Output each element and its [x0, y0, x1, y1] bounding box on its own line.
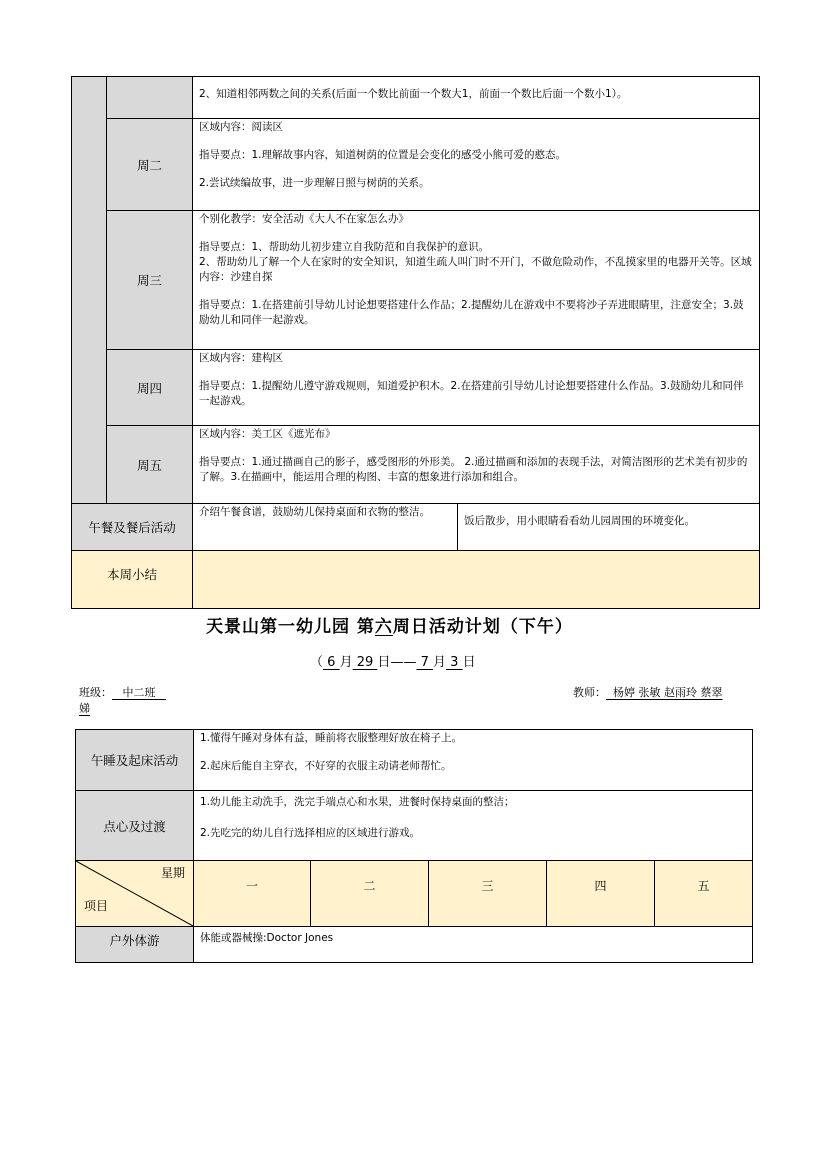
thursday-content-cell: 区域内容：建构区 指导要点：1.提醒幼儿遵守游戏规则，知道爱护积木。2.在搭建前… [192, 349, 760, 426]
friday-content-cell: 区域内容：美工区《遮光布》 指导要点：1.通过描画自己的影子，感受图形的外形美。… [192, 425, 760, 504]
tuesday-content-cell: 区域内容：阅读区 指导要点：1.理解故事内容，知道树荫的位置是会变化的感受小熊可… [192, 118, 760, 211]
end-day: 3 [446, 655, 463, 670]
teacher-info: 教师： 杨婷 张敏 赵雨玲 蔡翠 [573, 684, 723, 700]
class-name: 中二班 [112, 686, 166, 699]
math-content-cell: 2、知道相邻两数之间的关系(后面一个数比前面一个数大1，前面一个数比后面一个数小… [192, 76, 760, 119]
corner-label-weekday: 星期 [161, 864, 185, 881]
nap-content: 1.懂得午睡对身体有益，睡前将衣服整理好放在椅子上。 2.起床后能自主穿衣，不好… [193, 729, 753, 791]
start-month: 6 [323, 655, 340, 670]
class-info: 班级： 中二班 [79, 684, 166, 700]
section-label-column [71, 76, 107, 504]
weekday-header-fri: 五 [654, 860, 753, 927]
class-overflow-text: 娣 [79, 700, 90, 716]
corner-label-item: 项目 [84, 897, 108, 914]
date-range: （ 6 月 29 日—— 7 月 3 日 [310, 651, 476, 670]
weekday-header-thu: 四 [546, 860, 655, 927]
outdoor-label: 户外体游 [75, 926, 194, 963]
weekday-header-tue: 二 [310, 860, 429, 927]
end-month: 7 [416, 655, 433, 670]
day-label-thursday: 周四 [106, 349, 193, 426]
teacher-names: 杨婷 张敏 赵雨玲 蔡翠 [606, 686, 723, 699]
wednesday-content-cell: 个别化教学：安全活动《大人不在家怎么办》 指导要点：1、帮助幼儿初步建立自我防范… [192, 210, 760, 350]
lunch-label: 午餐及餐后活动 [71, 503, 193, 551]
start-day: 29 [353, 655, 378, 670]
page-title: 天景山第一幼儿园 第六周日活动计划（下午） [206, 612, 573, 637]
nap-label: 午睡及起床活动 [75, 729, 194, 791]
snack-label: 点心及过渡 [75, 790, 194, 861]
lunch-content-right: 饭后散步，用小眼睛看看幼儿园周围的环境变化。 [457, 503, 760, 551]
day-label-continued [106, 76, 193, 119]
corner-header-cell: 星期 项目 [75, 860, 194, 927]
day-label-wednesday: 周三 [106, 210, 193, 350]
day-label-friday: 周五 [106, 425, 193, 504]
weekday-header-wed: 三 [428, 860, 547, 927]
weekday-header-mon: 一 [193, 860, 311, 927]
outdoor-content: 体能或器械操:Doctor Jones [193, 926, 753, 963]
snack-content: 1.幼儿能主动洗手，洗完手端点心和水果，进餐时保持桌面的整洁； 2.先吃完的幼儿… [193, 790, 753, 861]
weekly-summary-content[interactable] [192, 550, 760, 609]
lunch-content-left: 介绍午餐食谱，鼓励幼儿保持桌面和衣物的整洁。 [192, 503, 458, 551]
week-number: 六 [375, 617, 393, 637]
weekly-summary-label: 本周小结 [71, 550, 193, 609]
day-label-tuesday: 周二 [106, 118, 193, 211]
